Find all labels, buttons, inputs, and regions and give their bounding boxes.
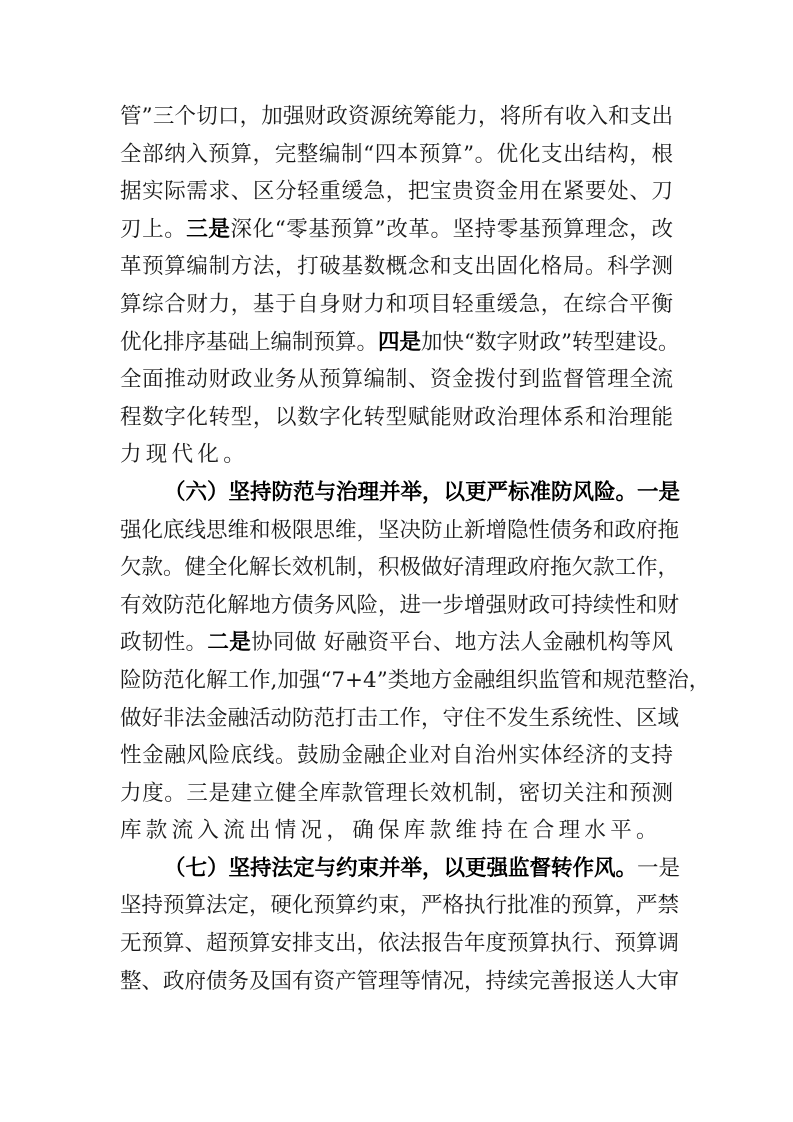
text-run: 全面推动财政业务从预算编制、资金拨付到监督管理全流 bbox=[120, 367, 673, 392]
section-heading-line: （七）坚持法定与约束并举，以更强监督转作风。一是 bbox=[120, 850, 673, 888]
text-run: 强化底线思维和极限思维，坚决防止新增隐性债务和政府拖 bbox=[120, 518, 679, 543]
text-run: 加快“数字财政”转型建设。 bbox=[421, 330, 679, 355]
text-run: 据实际需求、区分轻重缓急，把宝贵资金用在紧要处、刀 bbox=[120, 179, 673, 204]
text-run: 有效防范化解地方债务风险，进一步增强财政可持续性和财 bbox=[120, 593, 679, 618]
text-run: 力现代化。 bbox=[120, 442, 249, 467]
text-run: 做好非法金融活动防范打击工作，守住不发生系统性、区域 bbox=[120, 706, 679, 731]
text-run: 坚持预算法定，硬化预算约束，严格执行批准的预算，严禁 bbox=[120, 893, 679, 918]
bold-text-run: 二是 bbox=[207, 630, 251, 655]
paragraph-line: 库款流入流出情况，确保库款维持在合理水平。 bbox=[120, 812, 673, 850]
paragraph-line: 刃上。三是深化“零基预算”改革。坚持零基预算理念，改 bbox=[120, 211, 673, 249]
text-run: 库款流入流出情况，确保库款维持在合理水平。 bbox=[120, 818, 662, 843]
paragraph-line: 欠款。健全化解长效机制，积极做好清理政府拖欠款工作， bbox=[120, 549, 673, 587]
document-body: 管”三个切口，加强财政资源统筹能力，将所有收入和支出全部纳入预算，完整编制“四本… bbox=[120, 98, 673, 1000]
paragraph-line: 据实际需求、区分轻重缓急，把宝贵资金用在紧要处、刀 bbox=[120, 173, 673, 211]
text-run: 整、政府债务及国有资产管理等情况，持续完善报送人大审 bbox=[120, 969, 679, 994]
text-run: 险防范化解工作,加强“7+4”类地方金融组织监管和规范整治， bbox=[120, 668, 710, 693]
paragraph-line: 性金融风险底线。鼓励金融企业对自治州实体经济的支持 bbox=[120, 737, 673, 775]
text-run: 力度。三是建立健全库款管理长效机制，密切关注和预测 bbox=[120, 781, 673, 806]
text-run: 欠款。健全化解长效机制，积极做好清理政府拖欠款工作， bbox=[120, 555, 679, 580]
paragraph-line: 坚持预算法定，硬化预算约束，严格执行批准的预算，严禁 bbox=[120, 887, 673, 925]
paragraph-line: 整、政府债务及国有资产管理等情况，持续完善报送人大审 bbox=[120, 963, 673, 1001]
bold-text-run: （六）坚持防范与治理并举，以更严标准防风险。一是 bbox=[164, 480, 680, 505]
document-page: 管”三个切口，加强财政资源统筹能力，将所有收入和支出全部纳入预算，完整编制“四本… bbox=[0, 0, 793, 1122]
paragraph-line: 优化排序基础上编制预算。四是加快“数字财政”转型建设。 bbox=[120, 324, 673, 362]
section-heading-line: （六）坚持防范与治理并举，以更严标准防风险。一是 bbox=[120, 474, 673, 512]
paragraph-line: 险防范化解工作,加强“7+4”类地方金融组织监管和规范整治， bbox=[120, 662, 673, 700]
paragraph-line: 做好非法金融活动防范打击工作，守住不发生系统性、区域 bbox=[120, 700, 673, 738]
text-run: 刃上。 bbox=[120, 217, 186, 242]
text-run: 算综合财力，基于自身财力和项目轻重缓急，在综合平衡 bbox=[120, 292, 673, 317]
text-run: 协同做 好融资平台、地方法人金融机构等风 bbox=[251, 630, 673, 655]
paragraph-line: 强化底线思维和极限思维，坚决防止新增隐性债务和政府拖 bbox=[120, 512, 673, 550]
text-run: 优化排序基础上编制预算。 bbox=[120, 330, 378, 355]
paragraph-line: 力度。三是建立健全库款管理长效机制，密切关注和预测 bbox=[120, 775, 673, 813]
paragraph-line: 算综合财力，基于自身财力和项目轻重缓急，在综合平衡 bbox=[120, 286, 673, 324]
bold-text-run: 四是 bbox=[378, 330, 421, 355]
text-run: 管”三个切口，加强财政资源统筹能力，将所有收入和支出 bbox=[120, 104, 673, 129]
paragraph-line: 管”三个切口，加强财政资源统筹能力，将所有收入和支出 bbox=[120, 98, 673, 136]
text-run: 一是 bbox=[637, 856, 680, 881]
paragraph-line: 程数字化转型，以数字化转型赋能财政治理体系和治理能 bbox=[120, 399, 673, 437]
text-run: 程数字化转型，以数字化转型赋能财政治理体系和治理能 bbox=[120, 405, 673, 430]
text-run: 政韧性。 bbox=[120, 630, 207, 655]
paragraph-line: 革预算编制方法，打破基数概念和支出固化格局。科学测 bbox=[120, 248, 673, 286]
paragraph-line: 力现代化。 bbox=[120, 436, 673, 474]
text-run: 无预算、超预算安排支出，依法报告年度预算执行、预算调 bbox=[120, 931, 679, 956]
text-run: 深化“零基预算”改革。坚持零基预算理念，改 bbox=[231, 217, 673, 242]
paragraph-line: 有效防范化解地方债务风险，进一步增强财政可持续性和财 bbox=[120, 587, 673, 625]
bold-text-run: （七）坚持法定与约束并举，以更强监督转作风。 bbox=[164, 856, 637, 881]
text-run: 革预算编制方法，打破基数概念和支出固化格局。科学测 bbox=[120, 254, 673, 279]
bold-text-run: 三是 bbox=[186, 217, 230, 242]
paragraph-line: 全部纳入预算，完整编制“四本预算”。优化支出结构，根 bbox=[120, 136, 673, 174]
text-run: 全部纳入预算，完整编制“四本预算”。优化支出结构，根 bbox=[120, 142, 673, 167]
paragraph-line: 全面推动财政业务从预算编制、资金拨付到监督管理全流 bbox=[120, 361, 673, 399]
text-run: 性金融风险底线。鼓励金融企业对自治州实体经济的支持 bbox=[120, 743, 673, 768]
paragraph-line: 无预算、超预算安排支出，依法报告年度预算执行、预算调 bbox=[120, 925, 673, 963]
paragraph-line: 政韧性。二是协同做 好融资平台、地方法人金融机构等风 bbox=[120, 624, 673, 662]
